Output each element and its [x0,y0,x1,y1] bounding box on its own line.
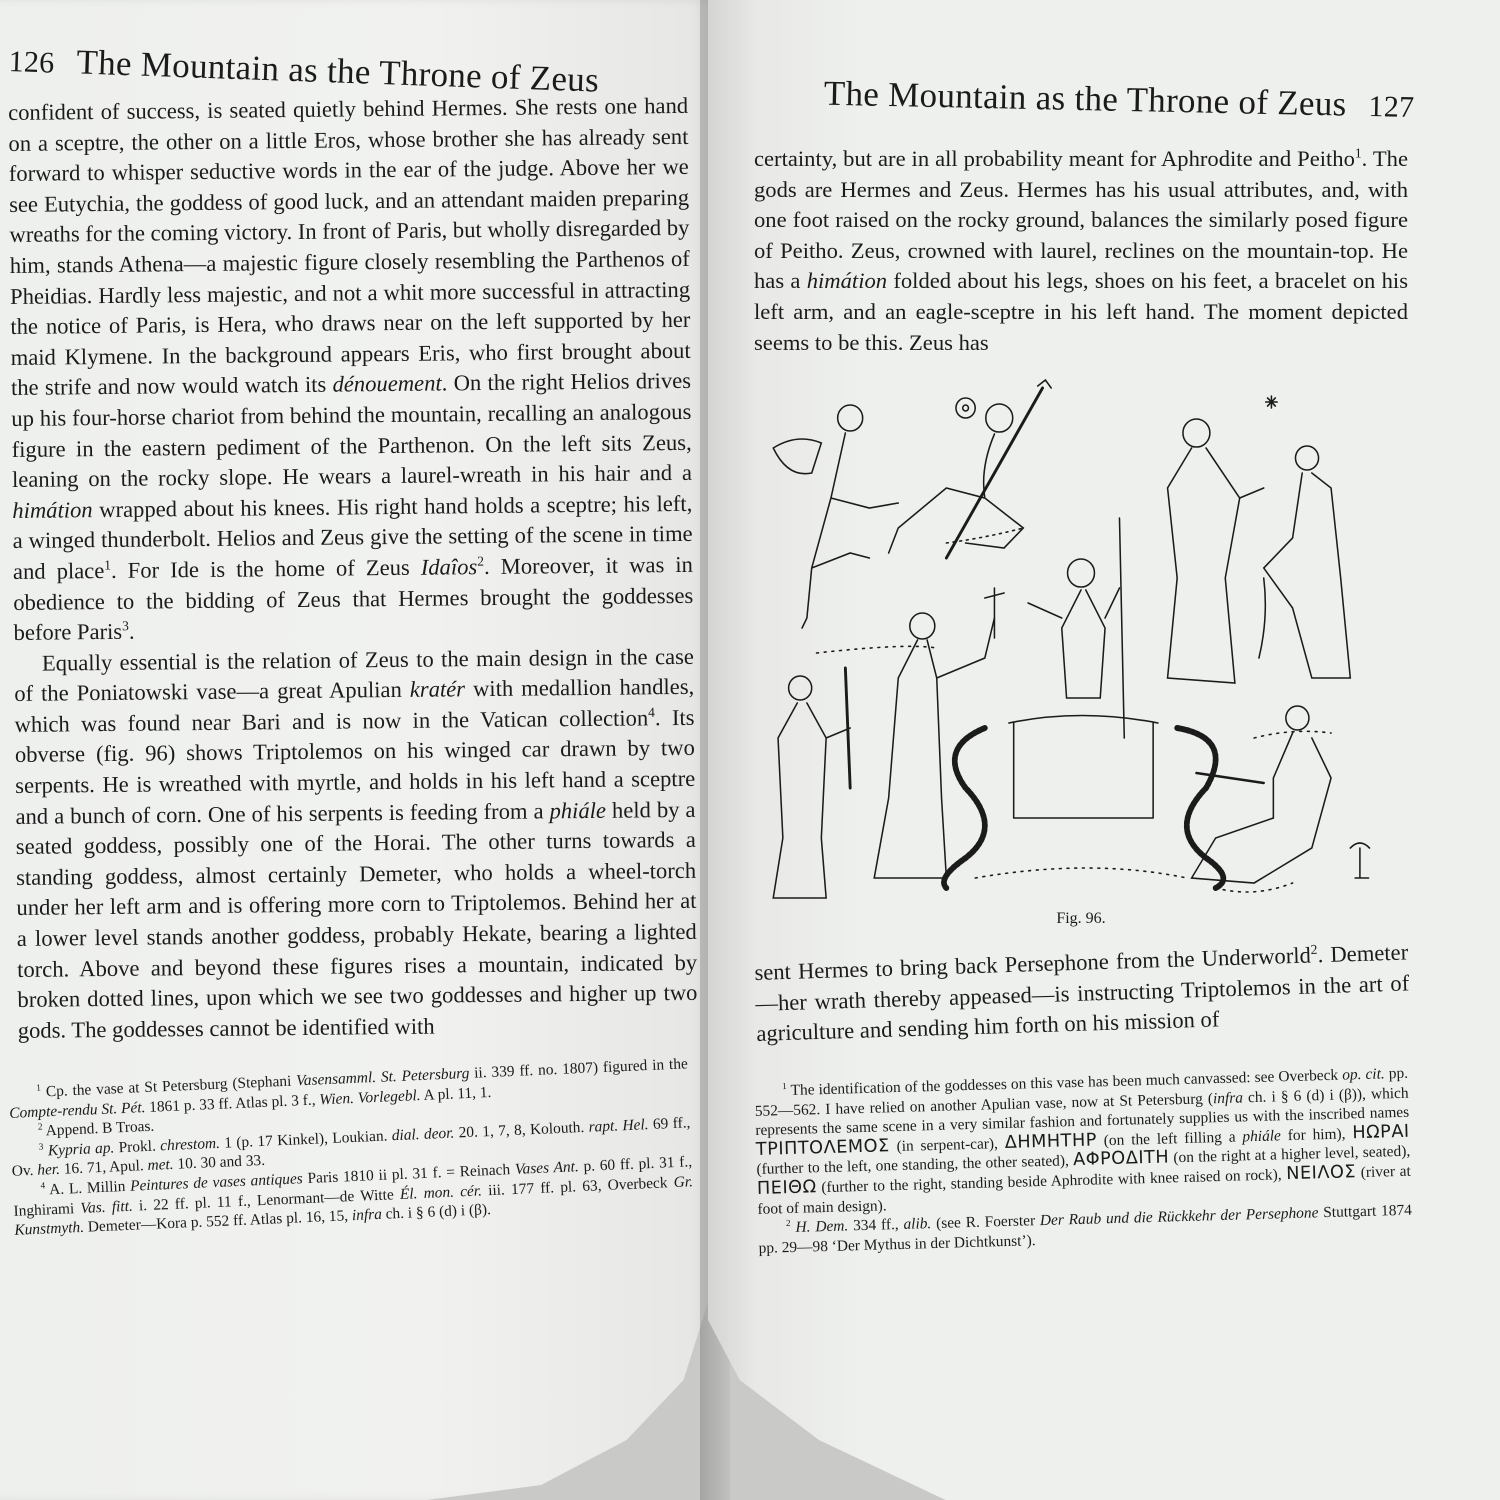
italic-term: H. Dem. [795,1218,848,1236]
greek-inscription: ΝΕΙΛΟΣ [1286,1162,1356,1184]
greek-inscription: ΗΩΡΑΙ [1352,1121,1410,1143]
page-number: 127 [1368,90,1415,125]
italic-term: infra [1213,1089,1243,1107]
left-page: 126 The Mountain as the Throne of Zeus c… [0,0,712,1500]
footnote-ref: 1 [36,1083,41,1093]
greek-inscription: ΠΕΙΘΩ [757,1177,817,1199]
footnote-ref: 2 [1310,942,1317,957]
italic-term: Vas. fitt. [80,1198,133,1217]
italic-term: himátion [12,497,93,523]
italic-term: phiále [1242,1127,1281,1145]
paragraph: Equally essential is the relation of Zeu… [14,642,698,1047]
greek-inscription: ΤΡΙΠΤΟΛΕΜΟΣ [756,1136,890,1160]
figure-caption: Fig. 96. [754,910,1408,928]
italic-term: dénouement [332,371,441,397]
italic-term: chrestom. [160,1135,220,1155]
footnote: 1 The identification of the goddesses on… [754,1064,1412,1219]
footnote-ref: 3 [122,618,129,633]
italic-term: Idaîos [421,554,478,580]
italic-term: Vasensamml. St. Petersburg [296,1065,470,1090]
italic-term: dial. deor. [391,1125,454,1145]
footnote-ref: 1 [782,1081,787,1091]
italic-term: infra [352,1206,383,1224]
paragraph: certainty, but are in all probability me… [754,144,1408,358]
italic-term: met. [147,1157,174,1175]
figure-96-illustration [754,378,1408,904]
italic-term: phiále [549,797,606,823]
body-text-continued: sent Hermes to bring back Persephone fro… [754,938,1411,1050]
italic-term: Kypria ap. [48,1140,115,1160]
paragraph: confident of success, is seated quietly … [8,91,694,649]
footnotes: 1 The identification of the goddesses on… [754,1064,1413,1259]
vase-line-drawing [754,378,1408,904]
footnote-ref: 1 [104,557,111,572]
page-number: 126 [8,45,55,81]
footnote-ref: 2 [786,1218,791,1228]
italic-term: Él. mon. cér. [400,1182,483,1203]
footnote-ref: 1 [1355,145,1362,160]
body-text: certainty, but are in all probability me… [754,144,1408,358]
footnote-ref: 2 [477,553,484,568]
body-text: confident of success, is seated quietly … [8,91,698,1046]
paragraph: sent Hermes to bring back Persephone fro… [754,938,1411,1050]
italic-term: op. cit. [1342,1065,1385,1083]
footnote-ref: 4 [648,705,655,720]
italic-term: alib. [903,1215,931,1233]
italic-term: kratér [410,677,465,703]
italic-term: her. [37,1162,60,1180]
footnote-ref: 4 [40,1181,45,1191]
greek-inscription: ΑΦΡΟΔΙΤΗ [1073,1148,1170,1171]
footnote-ref: 3 [39,1142,44,1152]
italic-term: Wien. Vorlegebl. [319,1087,421,1108]
italic-term: rapt. Hel. [588,1116,649,1136]
italic-term: Vases Ant. [514,1159,579,1179]
italic-term: himátion [807,268,887,293]
running-head-right: The Mountain as the Throne of Zeus 127 [754,72,1415,126]
footnote-ref: 2 [38,1122,43,1132]
footnotes: 1 Cp. the vase at St Petersburg (Stephan… [8,1055,694,1241]
chapter-title: The Mountain as the Throne of Zeus [823,74,1346,125]
right-page: The Mountain as the Throne of Zeus 127 c… [708,0,1500,1500]
